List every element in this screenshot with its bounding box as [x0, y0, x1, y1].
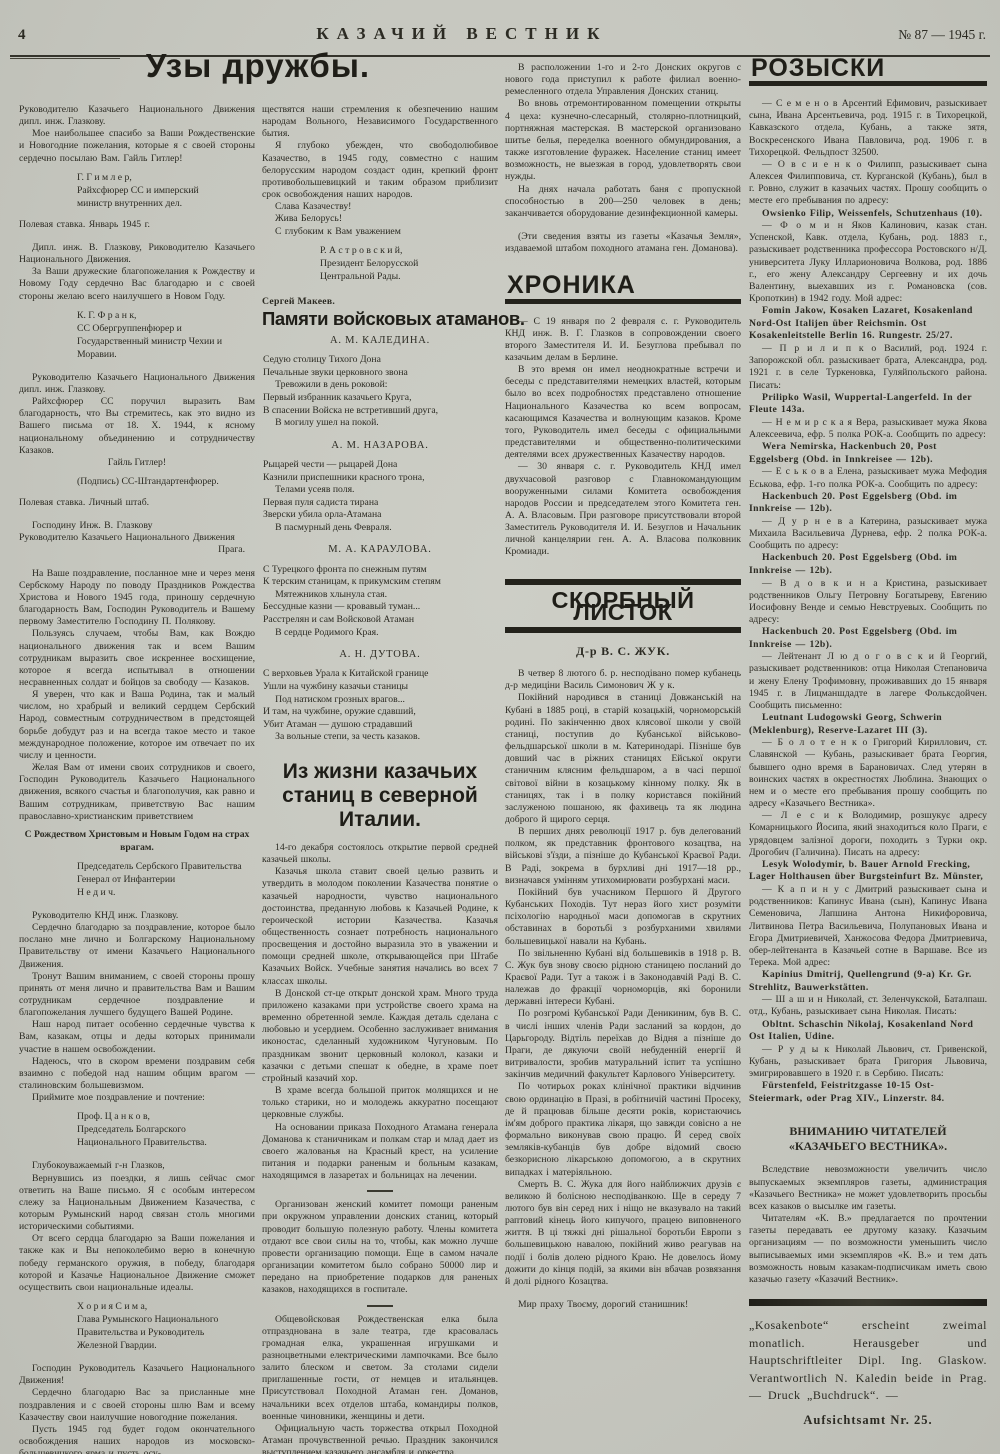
- paragraph: В расположении 1-го и 2-го Донских округ…: [505, 62, 741, 98]
- paragraph: Полевая ставка. Личный штаб.: [19, 497, 255, 509]
- paragraph: — Ф о м и н Яков Калинович, казак стан. …: [749, 220, 987, 305]
- column-2: ществятся наши стремления к обезпечению …: [262, 104, 498, 1454]
- paragraph: В это время он имел неоднократные встреч…: [505, 364, 741, 461]
- paragraph: — К а п и н у с Дмитрий разыскивает сына…: [749, 884, 987, 969]
- paragraph: — Е с ь к о в а Елена, разыскивает мужа …: [749, 466, 987, 490]
- paragraph: (Эти сведения взяты из газеты «Казачья З…: [505, 231, 741, 255]
- paragraph: Руководителю КНД инж. Глазкову.: [19, 910, 255, 922]
- paragraph: Сердечно благодарю за поздравление, кото…: [19, 922, 255, 971]
- paragraph: Читателям «К. В.» предлагается по прочте…: [749, 1213, 987, 1286]
- paragraph: Общевойсковая Рождественская елка была о…: [262, 1314, 498, 1423]
- section-title: ХРОНИКА: [505, 279, 741, 303]
- paragraph: Пользуясь случаем, чтобы Вам, как Вождю …: [19, 628, 255, 689]
- paragraph: — В д о в к и н а Кристина, разыскивает …: [749, 578, 987, 627]
- paragraph: Жива Белорусь!: [262, 213, 498, 225]
- address-line: Fomin Jakow, Kosaken Lazaret, Kosakenlan…: [749, 305, 987, 343]
- signature-block: Р. А с т р о в с к и й, Президент Белору…: [320, 244, 498, 283]
- address-line: Fürstenfeld, Feistritzgasse 10-15 Ost-St…: [749, 1080, 987, 1105]
- paragraph: — Н е м и р с к а я Вера, разыскивает му…: [749, 417, 987, 441]
- paragraph: Желая Вам от имени своих сотрудников и с…: [19, 762, 255, 823]
- divider-bar: [749, 1299, 987, 1306]
- paragraph: — С 19 января по 2 февраля с. г. Руковод…: [505, 316, 741, 365]
- paragraph: Смерть В. С. Жука для його найближчих др…: [505, 1179, 741, 1288]
- signature-block: Проф. Ц а н к о в, Председатель Болгарск…: [77, 1110, 255, 1149]
- page-number: 4: [18, 29, 26, 41]
- section-title: Памяти войсковых атаманов.: [262, 313, 498, 325]
- paragraph: Наш народ питает особенно сердечные чувс…: [19, 1019, 255, 1055]
- paragraph: Я глубоко убежден, что свободолюбивое Ка…: [262, 140, 498, 201]
- notice-title: ВНИМАНИЮ ЧИТАТЕЛЕЙ «КАЗАЧЬЕГО ВЕСТНИКА».: [755, 1124, 981, 1154]
- poem-stanza: С Турецкого фронта по снежным путям К те…: [262, 564, 498, 640]
- centered-line: Гайль Гитлер!: [19, 457, 255, 469]
- paragraph: Пусть 1945 год будет годом окончательног…: [19, 1424, 255, 1454]
- issue-number: № 87 — 1945 г.: [898, 29, 986, 41]
- section-title: РОЗЫСКИ: [749, 62, 987, 86]
- address-line: Leutnant Ludogowski Georg, Schwerin (Mek…: [749, 712, 987, 737]
- paragraph: Покійний був учасником Першого й Другого…: [505, 887, 741, 948]
- paragraph: В Донской ст-це открыт донской храм. Мно…: [262, 988, 498, 1085]
- paragraph: Надеюсь, что в скором времени поздравим …: [19, 1056, 255, 1092]
- address-line: Hackenbuch 20. Post Eggelsberg (Obd. im …: [749, 491, 987, 516]
- column-3: В расположении 1-го и 2-го Донских округ…: [505, 62, 741, 1311]
- paragraph: Мир праху Твоєму, дорогий станишник!: [505, 1299, 741, 1311]
- paragraph: — Л е с и к Володимир, розшукує адресу К…: [749, 810, 987, 859]
- paragraph: По чотирьох роках клінічної практики від…: [505, 1081, 741, 1178]
- paragraph: — С е м е н о в Арсентий Ефимович, разыс…: [749, 98, 987, 159]
- poem-stanza: С верховьев Урала к Китайской границе Уш…: [262, 668, 498, 744]
- paragraph: — Д у р н е в а Катерина, разыскивает му…: [749, 516, 987, 552]
- section-title: СКОРБНЫЙ ЛИСТОК: [505, 579, 741, 633]
- paragraph: Покійний народився в станиці Довжанській…: [505, 692, 741, 826]
- paragraph: В храме всегда большой приток молящихся …: [262, 1085, 498, 1121]
- address-line: Obltnt. Schaschin Nikolaj, Kosakenland N…: [749, 1019, 987, 1044]
- newspaper-page: 4 КАЗАЧИЙ ВЕСТНИК № 87 — 1945 г. Узы дру…: [0, 0, 1000, 1454]
- poem-subject-heading: А. М. НАЗАРОВА.: [262, 440, 498, 452]
- paragraph: Глубокоуважаемый г-н Глазков,: [19, 1160, 255, 1172]
- address-line: Kapinius Dmitrij, Quellengrund (9-a) Kr.…: [749, 969, 987, 994]
- paragraph: Руководителю Казачьего Национального Дви…: [19, 104, 255, 128]
- paragraph: Я уверен, что как и Ваша Родина, так и м…: [19, 689, 255, 762]
- paragraph: На Ваше поздравление, посланное мне и че…: [19, 568, 255, 629]
- paragraph: По розгромі Кубанської Ради Деникиним, б…: [505, 1008, 741, 1081]
- paragraph: Руководителю Казачьего Национального Дви…: [19, 372, 255, 396]
- paragraph: Тронут Вашим вниманием, с своей стороны …: [19, 971, 255, 1020]
- paragraph: — Б о л о т е н к о Григорий Кириллович,…: [749, 737, 987, 810]
- address-line: Wera Nemirska, Hackenbuch 20, Post Eggel…: [749, 441, 987, 466]
- article-title: Из жизни казачьих станиц в северной Итал…: [268, 760, 492, 832]
- divider-rule: [367, 1305, 393, 1307]
- paragraph: 14-го декабря состоялось открытие первой…: [262, 842, 498, 866]
- paragraph: — П р и л и п к о Василий, род. 1924 г. …: [749, 343, 987, 392]
- signature-block: Х о р и я С и м а, Глава Румынского Наци…: [77, 1300, 255, 1352]
- paragraph: Руководителю Казачьего Национального Дви…: [19, 532, 255, 544]
- paragraph: От всего сердца благодарю за Ваши пожела…: [19, 1233, 255, 1294]
- imprint-text: „Kosakenbote“ erscheint zweimal monatlic…: [749, 1317, 987, 1405]
- paragraph: Во вновь отремонтированном помещении отк…: [505, 98, 741, 183]
- signature-block: (Подпись) СС-Штандартенфюрер.: [77, 475, 255, 488]
- byline: Сергей Макеев.: [262, 296, 498, 308]
- paragraph: — Р у д ы к Николай Львович, ст. Гривенс…: [749, 1044, 987, 1080]
- paragraph: Казачья школа ставит своей целью развить…: [262, 866, 498, 988]
- lead-article-title: Узы дружбы.: [18, 60, 498, 72]
- address-line: Hackenbuch 20. Post Eggelsberg (Obd. im …: [749, 552, 987, 577]
- paragraph: За Ваши дружеские благопожелания к Рожде…: [19, 266, 255, 302]
- paragraph: Вернувшись из поездки, я лишь сейчас смо…: [19, 1173, 255, 1234]
- paragraph: На основании приказа Походного Атамана г…: [262, 1122, 498, 1183]
- poem-stanza: Рыцарей чести — рыцарей Дона Казнили при…: [262, 459, 498, 535]
- page-header: 4 КАЗАЧИЙ ВЕСТНИК № 87 — 1945 г.: [18, 28, 986, 41]
- masthead-title: КАЗАЧИЙ ВЕСТНИК: [316, 28, 607, 40]
- signature-block: Председатель Сербского Правительства Ген…: [77, 860, 255, 899]
- paragraph: Полевая ставка. Январь 1945 г.: [19, 219, 255, 231]
- paragraph: С глубоким к Вам уважением: [262, 226, 498, 238]
- poem-subject-heading: А. Н. ДУТОВА.: [262, 649, 498, 661]
- obituary-name-heading: Д-р В. С. ЖУК.: [505, 645, 741, 657]
- paragraph: Организован женский комитет помощи ранен…: [262, 1199, 498, 1296]
- address-line: Owsienko Filip, Weissenfels, Schutzenhau…: [749, 208, 987, 221]
- paragraph: По звільненню Кубані від большевиків в 1…: [505, 948, 741, 1009]
- greeting-line: С Рождеством Христовым и Новым Годом на …: [19, 828, 255, 854]
- divider-rule: [367, 1190, 393, 1192]
- poem-stanza: Седую столицу Тихого Дона Печальные звук…: [262, 354, 498, 430]
- paragraph: В четвер 8 лютого б. р. несподівано поме…: [505, 668, 741, 692]
- address-line: Prilipko Wasil, Wuppertal-Langerfeld. In…: [749, 392, 987, 417]
- paragraph: Мое наибольшее спасибо за Ваши Рождестве…: [19, 128, 255, 164]
- paragraph: Приймите мое поздравление и почтение:: [19, 1092, 255, 1104]
- poem-subject-heading: М. А. КАРАУЛОВА.: [262, 544, 498, 556]
- paragraph: В перших днях революції 1917 р. був деле…: [505, 826, 741, 887]
- column-4: РОЗЫСКИ— С е м е н о в Арсентий Ефимович…: [749, 62, 987, 1426]
- paragraph: Дипл. инж. В. Глазкову, Риководителю Каз…: [19, 242, 255, 266]
- paragraph: — О в с и е н к о Филипп, разыскивает сы…: [749, 159, 987, 208]
- signature-block: К. Г. Ф р а н к, СС Обергруппенфюрер и Г…: [77, 309, 255, 361]
- column-1: Руководителю Казачьего Национального Дви…: [19, 104, 255, 1454]
- header-rule-small: [10, 58, 120, 59]
- signature-block: Г. Г и м л е р, Райхсфюрер СС и имперски…: [77, 171, 255, 210]
- paragraph: Официальную часть торжества открыл Поход…: [262, 1423, 498, 1454]
- paragraph: — Лейтенант Л ю д о г о в с к и й Георги…: [749, 651, 987, 712]
- paragraph: Господину Инж. В. Глазкову: [19, 520, 255, 532]
- paragraph: Господин Руководитель Казачьего Национал…: [19, 1363, 255, 1387]
- address-line: Lesyk Wolodymir, b. Bauer Arnold Freckin…: [749, 859, 987, 884]
- paragraph: ществятся наши стремления к обезпечению …: [262, 104, 498, 140]
- paragraph: — Ш а ш и н Николай, ст. Зеленчукской, Б…: [749, 994, 987, 1018]
- paragraph: Райхсфюрер СС поручил выразить Вам благо…: [19, 396, 255, 457]
- dateline: Прага.: [19, 544, 255, 556]
- poem-subject-heading: А. М. КАЛЕДИНА.: [262, 335, 498, 347]
- paragraph: Слава Казачеству!: [262, 201, 498, 213]
- paragraph: На днях начала работать баня с пропускно…: [505, 184, 741, 220]
- imprint-note: Aufsichtsamt Nr. 25.: [749, 1414, 987, 1426]
- paragraph: — 30 января с. г. Руководитель КНД имел …: [505, 461, 741, 558]
- paragraph: Вследствие невозможности увеличить число…: [749, 1164, 987, 1213]
- paragraph: Сердечно благодарю Вас за присланные мне…: [19, 1387, 255, 1423]
- address-line: Hackenbuch 20. Post Eggelsberg (Obd. im …: [749, 626, 987, 651]
